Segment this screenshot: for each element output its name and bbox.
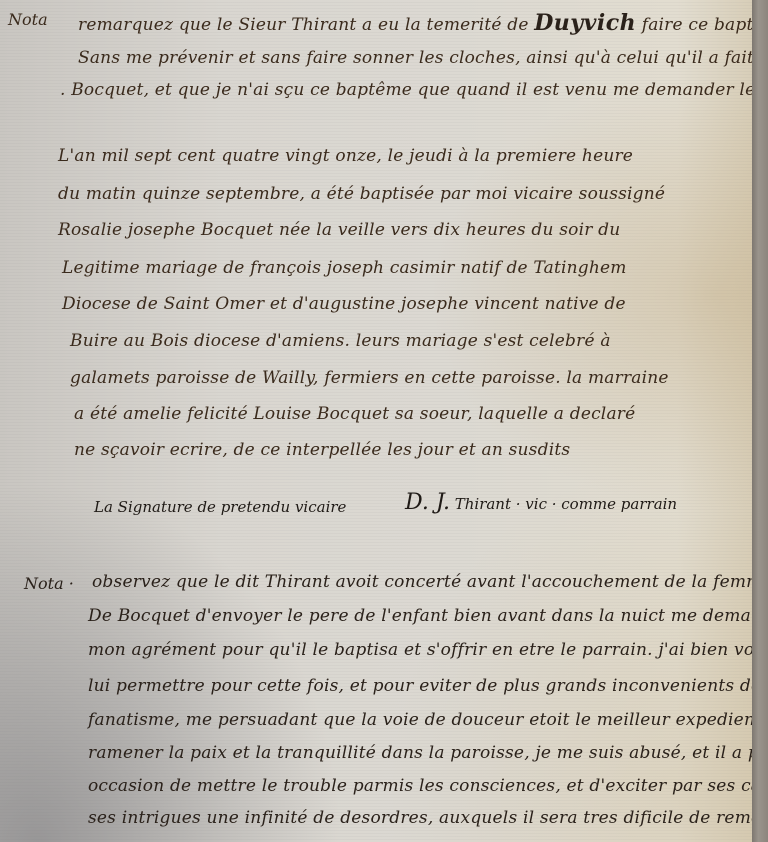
margin-note-label-1: Nota (8, 10, 48, 29)
note2-line-3: mon agrément pour qu'il le baptisa et s'… (88, 642, 768, 659)
entry-line-4: Legitime mariage de françois joseph casi… (62, 260, 627, 277)
entry-line-7: galamets paroisse de Wailly, fermiers en… (70, 370, 669, 387)
entry-line-1: L'an mil sept cent quatre vingt onze, le… (58, 148, 633, 165)
note2-line-1: observez que le dit Thirant avoit concer… (92, 574, 768, 591)
note2-line-5: fanatisme, me persuadant que la voie de … (88, 712, 768, 729)
note2-line-7: occasion de mettre le trouble parmis les… (88, 778, 768, 795)
signature-label: La Signature de pretendu vicaire (94, 498, 346, 516)
entry-line-9: ne sçavoir ecrire, de ce interpellée les… (74, 442, 570, 459)
entry-line-3: Rosalie josephe Bocquet née la veille ve… (58, 222, 620, 239)
manuscript-page: Nota remarquez que le Sieur Thirant a eu… (0, 0, 752, 842)
note1-line-1-emph: Duyvich (534, 10, 636, 36)
note1-line-1-before: remarquez que le Sieur Thirant a eu la t… (78, 15, 534, 35)
entry-line-8: a été amelie felicité Louise Bocquet sa … (74, 406, 635, 423)
signature-initials: D. J. (405, 490, 450, 515)
signature-name: Thirant · vic · comme parrain (455, 495, 677, 513)
note1-line-1: remarquez que le Sieur Thirant a eu la t… (78, 12, 768, 34)
note2-line-8: ses intrigues une infinité de desordres,… (88, 810, 768, 827)
signature: D. J. Thirant · vic · comme parrain (405, 490, 677, 515)
note2-line-4: lui permettre pour cette fois, et pour e… (88, 678, 768, 695)
page-binding-edge (752, 0, 768, 842)
note2-line-2: De Bocquet d'envoyer le pere de l'enfant… (88, 608, 768, 625)
note1-line-1-after: faire ce baptême (636, 15, 768, 35)
note1-line-3: . Bocquet, et que je n'ai sçu ce baptême… (60, 82, 768, 99)
entry-line-6: Buire au Bois diocese d'amiens. leurs ma… (70, 333, 611, 350)
note2-line-6: ramener la paix et la tranquillité dans … (88, 745, 768, 762)
margin-note-label-2: Nota · (24, 574, 74, 593)
entry-line-5: Diocese de Saint Omer et d'augustine jos… (62, 296, 626, 313)
entry-line-2: du matin quinze septembre, a été baptisé… (58, 186, 665, 203)
note1-line-2: Sans me prévenir et sans faire sonner le… (78, 50, 768, 67)
